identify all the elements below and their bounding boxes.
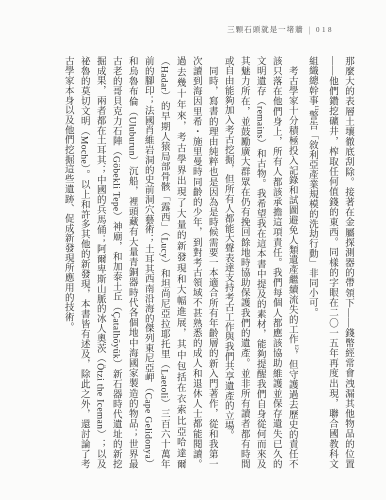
book-page: 三顆石頭就是一堵牆 | 018 那麼大的表層土壤徹底刮除。接著在金屬探測器的帶領… [0,0,386,500]
paragraph: 那麼大的表層土壤徹底刮除。接著在金屬探測器的帶領下——錢幣經常會洩漏其他物品的位… [304,56,356,469]
page-number: 018 [316,26,334,34]
running-header-book-title: 三顆石頭就是一堵牆 [227,24,304,35]
paragraph: 同時，寫書的理由純粹也是因為是時候需要一本適合所有年齡層的新入門著作，從和我第一… [60,56,220,469]
running-header: 三顆石頭就是一堵牆 | 018 [227,24,334,35]
footnote-marker: 11 [313,105,319,110]
paragraph: 考古學家十分積極投入記錄和試圖避免人類遺產繼續流失的工作12，但守護過去歷史的責… [220,56,304,469]
footnote-marker: 12 [293,344,299,350]
page-body-text: 那麼大的表層土壤徹底刮除。接著在金屬探測器的帶領下——錢幣經常會洩漏其他物品的位… [60,56,356,469]
header-separator-bar: | [309,25,311,35]
